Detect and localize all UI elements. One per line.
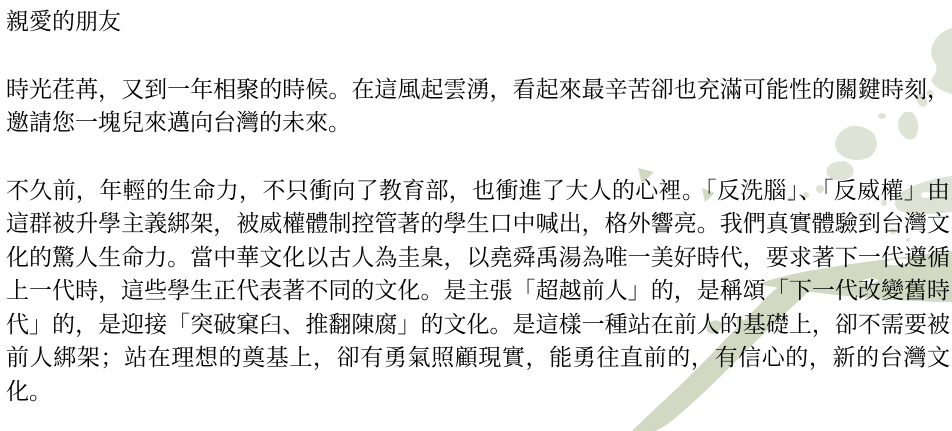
letter-paragraph-2: 不久前，年輕的生命力，不只衝向了教育部，也衝進了大人的心裡。「反洗腦」、「反威權… — [6, 174, 950, 409]
letter-paragraph-1: 時光荏苒，又到一年相聚的時候。在這風起雲湧，看起來最辛苦卻也充滿可能性的關鍵時刻… — [6, 73, 950, 140]
letter-page: 親愛的朋友 時光荏苒，又到一年相聚的時候。在這風起雲湧，看起來最辛苦卻也充滿可能… — [0, 0, 952, 431]
letter-body: 親愛的朋友 時光荏苒，又到一年相聚的時候。在這風起雲湧，看起來最辛苦卻也充滿可能… — [6, 5, 950, 408]
salutation-line: 親愛的朋友 — [6, 5, 950, 39]
